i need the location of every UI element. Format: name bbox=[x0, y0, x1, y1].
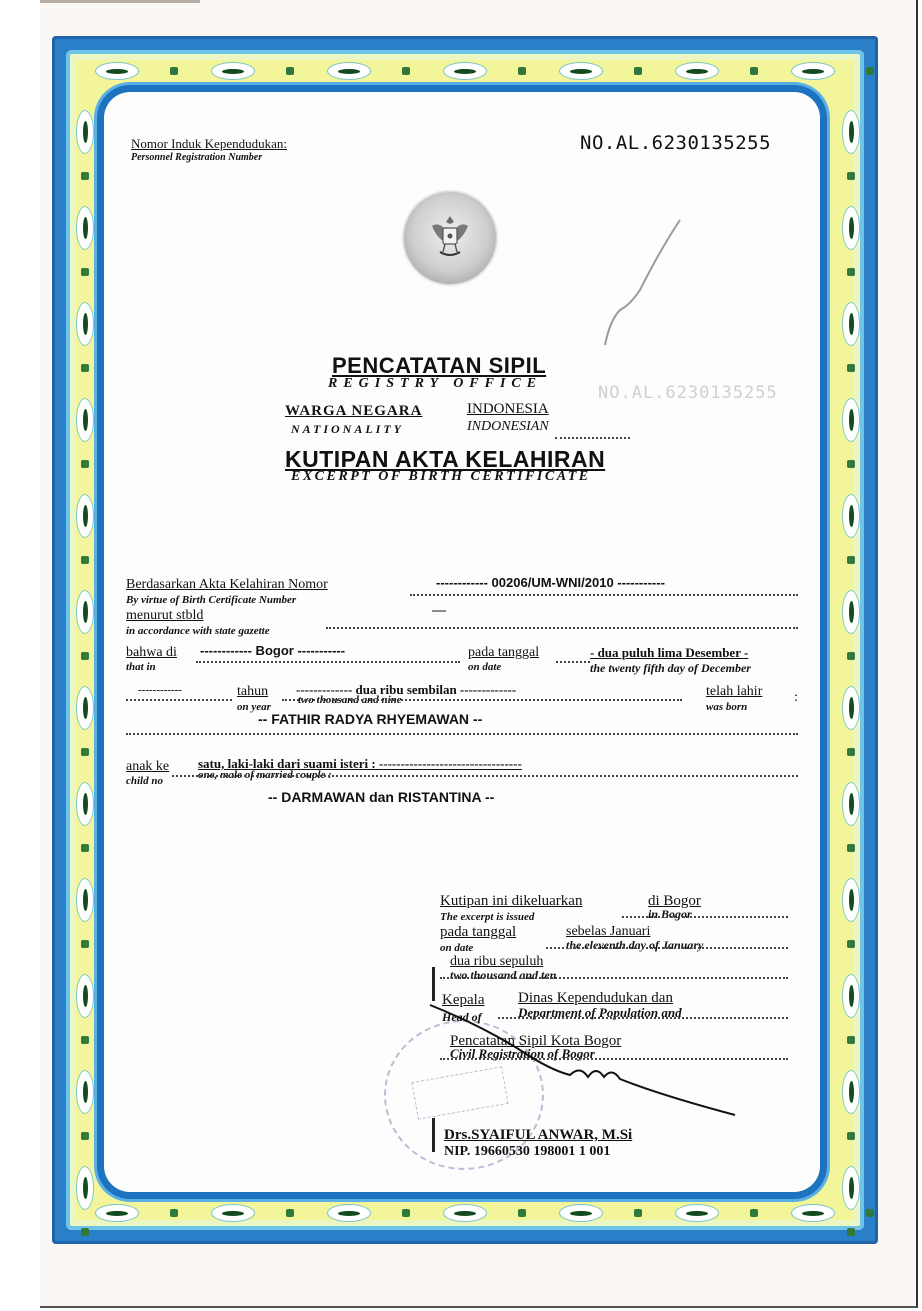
parents-names: -- DARMAWAN dan RISTANTINA -- bbox=[268, 789, 494, 805]
garuda-emblem-icon bbox=[404, 192, 496, 284]
stbld-label: menurut stbld bbox=[126, 608, 203, 624]
dotted-line bbox=[126, 733, 798, 735]
nationality-label: WARGA NEGARA bbox=[285, 403, 422, 420]
child-name: -- FATHIR RADYA RHYEMAWAN -- bbox=[258, 711, 482, 727]
birth-date-label-en: on date bbox=[468, 661, 501, 673]
child-no-label: anak ke bbox=[126, 759, 169, 775]
certificate-content: Nomor Induk Kependudukan: Personnel Regi… bbox=[0, 0, 922, 1311]
dotted-line bbox=[196, 661, 460, 663]
issue-date-label-en: on date bbox=[440, 942, 473, 954]
issued-label: Kutipan ini dikeluarkan bbox=[440, 893, 582, 910]
margin-bar bbox=[432, 1118, 435, 1152]
born-label: telah lahir bbox=[706, 684, 762, 700]
born-colon: : bbox=[794, 690, 798, 706]
stbld-value: — bbox=[432, 603, 446, 619]
certificate-number: NO.AL.6230135255 bbox=[580, 132, 771, 154]
dotted-line bbox=[282, 699, 682, 701]
dotted-line bbox=[326, 627, 798, 629]
birth-date-value: - dua puluh lima Desember - bbox=[590, 645, 748, 661]
cert-number-label-en: By virtue of Birth Certificate Number bbox=[126, 594, 296, 606]
born-label-en: was born bbox=[706, 701, 747, 713]
pencil-mark bbox=[590, 210, 690, 350]
excerpt-title-en: EXCERPT OF BIRTH CERTIFICATE bbox=[291, 469, 591, 485]
nik-label: Nomor Induk Kependudukan: bbox=[131, 136, 287, 152]
dotted-line bbox=[556, 661, 590, 663]
issue-year-value-en: two thousand and ten bbox=[450, 968, 556, 983]
cert-number-label: Berdasarkan Akta Kelahiran Nomor bbox=[126, 577, 328, 593]
dotted-line bbox=[555, 437, 630, 439]
year-label: tahun bbox=[237, 684, 268, 700]
dotted-line bbox=[410, 594, 798, 596]
place-label: bahwa di bbox=[126, 645, 177, 661]
official-nip: NIP. 19660530 198001 1 001 bbox=[444, 1144, 610, 1160]
dotted-line bbox=[440, 977, 788, 979]
nationality-value: INDONESIA bbox=[467, 401, 549, 418]
signature bbox=[420, 995, 750, 1125]
registry-title-en: REGISTRY OFFICE bbox=[328, 376, 542, 392]
year-prefix: ------------ bbox=[138, 684, 182, 696]
stbld-label-en: in accordance with state gazette bbox=[126, 625, 270, 637]
dotted-line bbox=[126, 699, 232, 701]
issue-date-label: pada tanggal bbox=[440, 924, 516, 941]
dotted-line bbox=[172, 775, 798, 777]
child-no-label-en: child no bbox=[126, 775, 163, 787]
nationality-label-en: NATIONALITY bbox=[291, 422, 404, 437]
official-name: Drs.SYAIFUL ANWAR, M.Si bbox=[444, 1127, 632, 1144]
issued-label-en: The excerpt is issued bbox=[440, 911, 534, 923]
place-value: ------------ Bogor ----------- bbox=[200, 643, 345, 658]
issued-place-en: in Bogor bbox=[648, 907, 692, 922]
ghost-certificate-number: NO.AL.6230135255 bbox=[598, 383, 778, 403]
place-label-en: that in bbox=[126, 661, 156, 673]
birth-date-label: pada tanggal bbox=[468, 645, 539, 661]
cert-number-value: ------------ 00206/UM-WNI/2010 ---------… bbox=[436, 575, 665, 590]
issue-date-value-en: the eleventh day of January bbox=[566, 938, 703, 953]
nationality-value-en: INDONESIAN bbox=[467, 419, 549, 435]
dotted-line bbox=[546, 947, 788, 949]
nik-label-en: Personnel Registration Number bbox=[131, 152, 262, 163]
dotted-line bbox=[622, 916, 788, 918]
birth-date-value-en: the twenty fifth day of December bbox=[590, 661, 751, 676]
